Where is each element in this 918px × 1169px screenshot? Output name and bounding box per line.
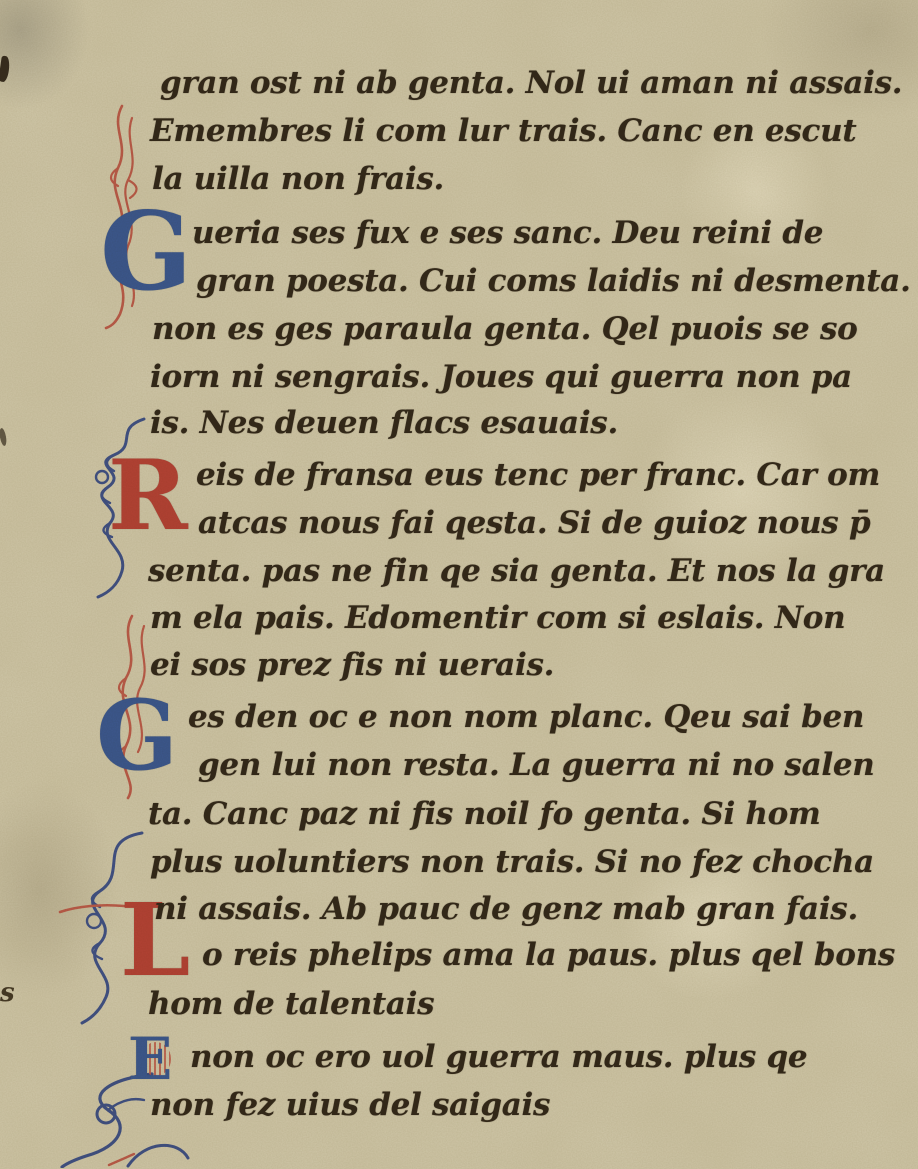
text-line: hom de talentais [148,983,434,1025]
text-line: ei sos prez fis ni uerais. [150,644,554,686]
text-line: eis de fransa eus tenc per franc. Car om [196,454,880,496]
text-line: non fez uius del saigais [150,1084,550,1126]
text-line: la uilla non frais. [152,158,444,200]
edge-ink-mark [0,428,8,447]
text-line: non es ges paraula genta. Qel puois se s… [152,308,857,350]
text-line: ta. Canc paz ni fis noil fo genta. Si ho… [148,793,821,835]
text-line: iorn ni sengrais. Joues qui guerra non p… [150,356,852,398]
drop-cap-r: R [108,448,188,544]
text-line: gen lui non resta. La guerra ni no salen [198,744,875,786]
text-line: m ela pais. Edomentir com si eslais. Non [150,597,845,639]
text-line: gran poesta. Cui coms laidis ni desmenta… [196,260,911,302]
drop-cap-g-1: G [100,198,192,306]
text-line: es den oc e non nom planc. Qeu sai ben [188,696,864,738]
text-line: plus uoluntiers non trais. Si no fez cho… [150,841,874,883]
manuscript-page: s G R G L E gran ost ni ab genta. Nol ui… [0,0,918,1169]
drop-cap-e: E [128,1030,172,1088]
page-edge-shadow [0,0,90,110]
edge-letter: s [0,978,15,1008]
edge-ink-mark [0,56,11,83]
text-line: atcas nous fai qesta. Si de guioz nous p… [198,502,870,544]
text-line: is. Nes deuen flacs esauais. [150,402,618,444]
text-line: ni assais. Ab pauc de genz mab gran fais… [154,888,858,930]
text-line: senta. pas ne fin qe sia genta. Et nos l… [148,550,885,592]
text-line: ueria ses fux e ses sanc. Deu reini de [192,212,823,254]
text-line: Emembres li com lur trais. Canc en escut [150,110,856,152]
text-line: non oc ero uol guerra maus. plus qe [190,1036,807,1078]
vellum-dark-patch [0,780,120,1000]
drop-cap-g-2: G [96,688,178,784]
penwork-red-bar-l [58,898,126,918]
penwork-curl-blue-bottom [124,1134,194,1169]
text-line: o reis phelips ama la paus. plus qel bon… [202,934,895,976]
text-line: gran ost ni ab genta. Nol ui aman ni ass… [160,62,902,104]
penwork-tick-red-bottom [106,1150,138,1169]
